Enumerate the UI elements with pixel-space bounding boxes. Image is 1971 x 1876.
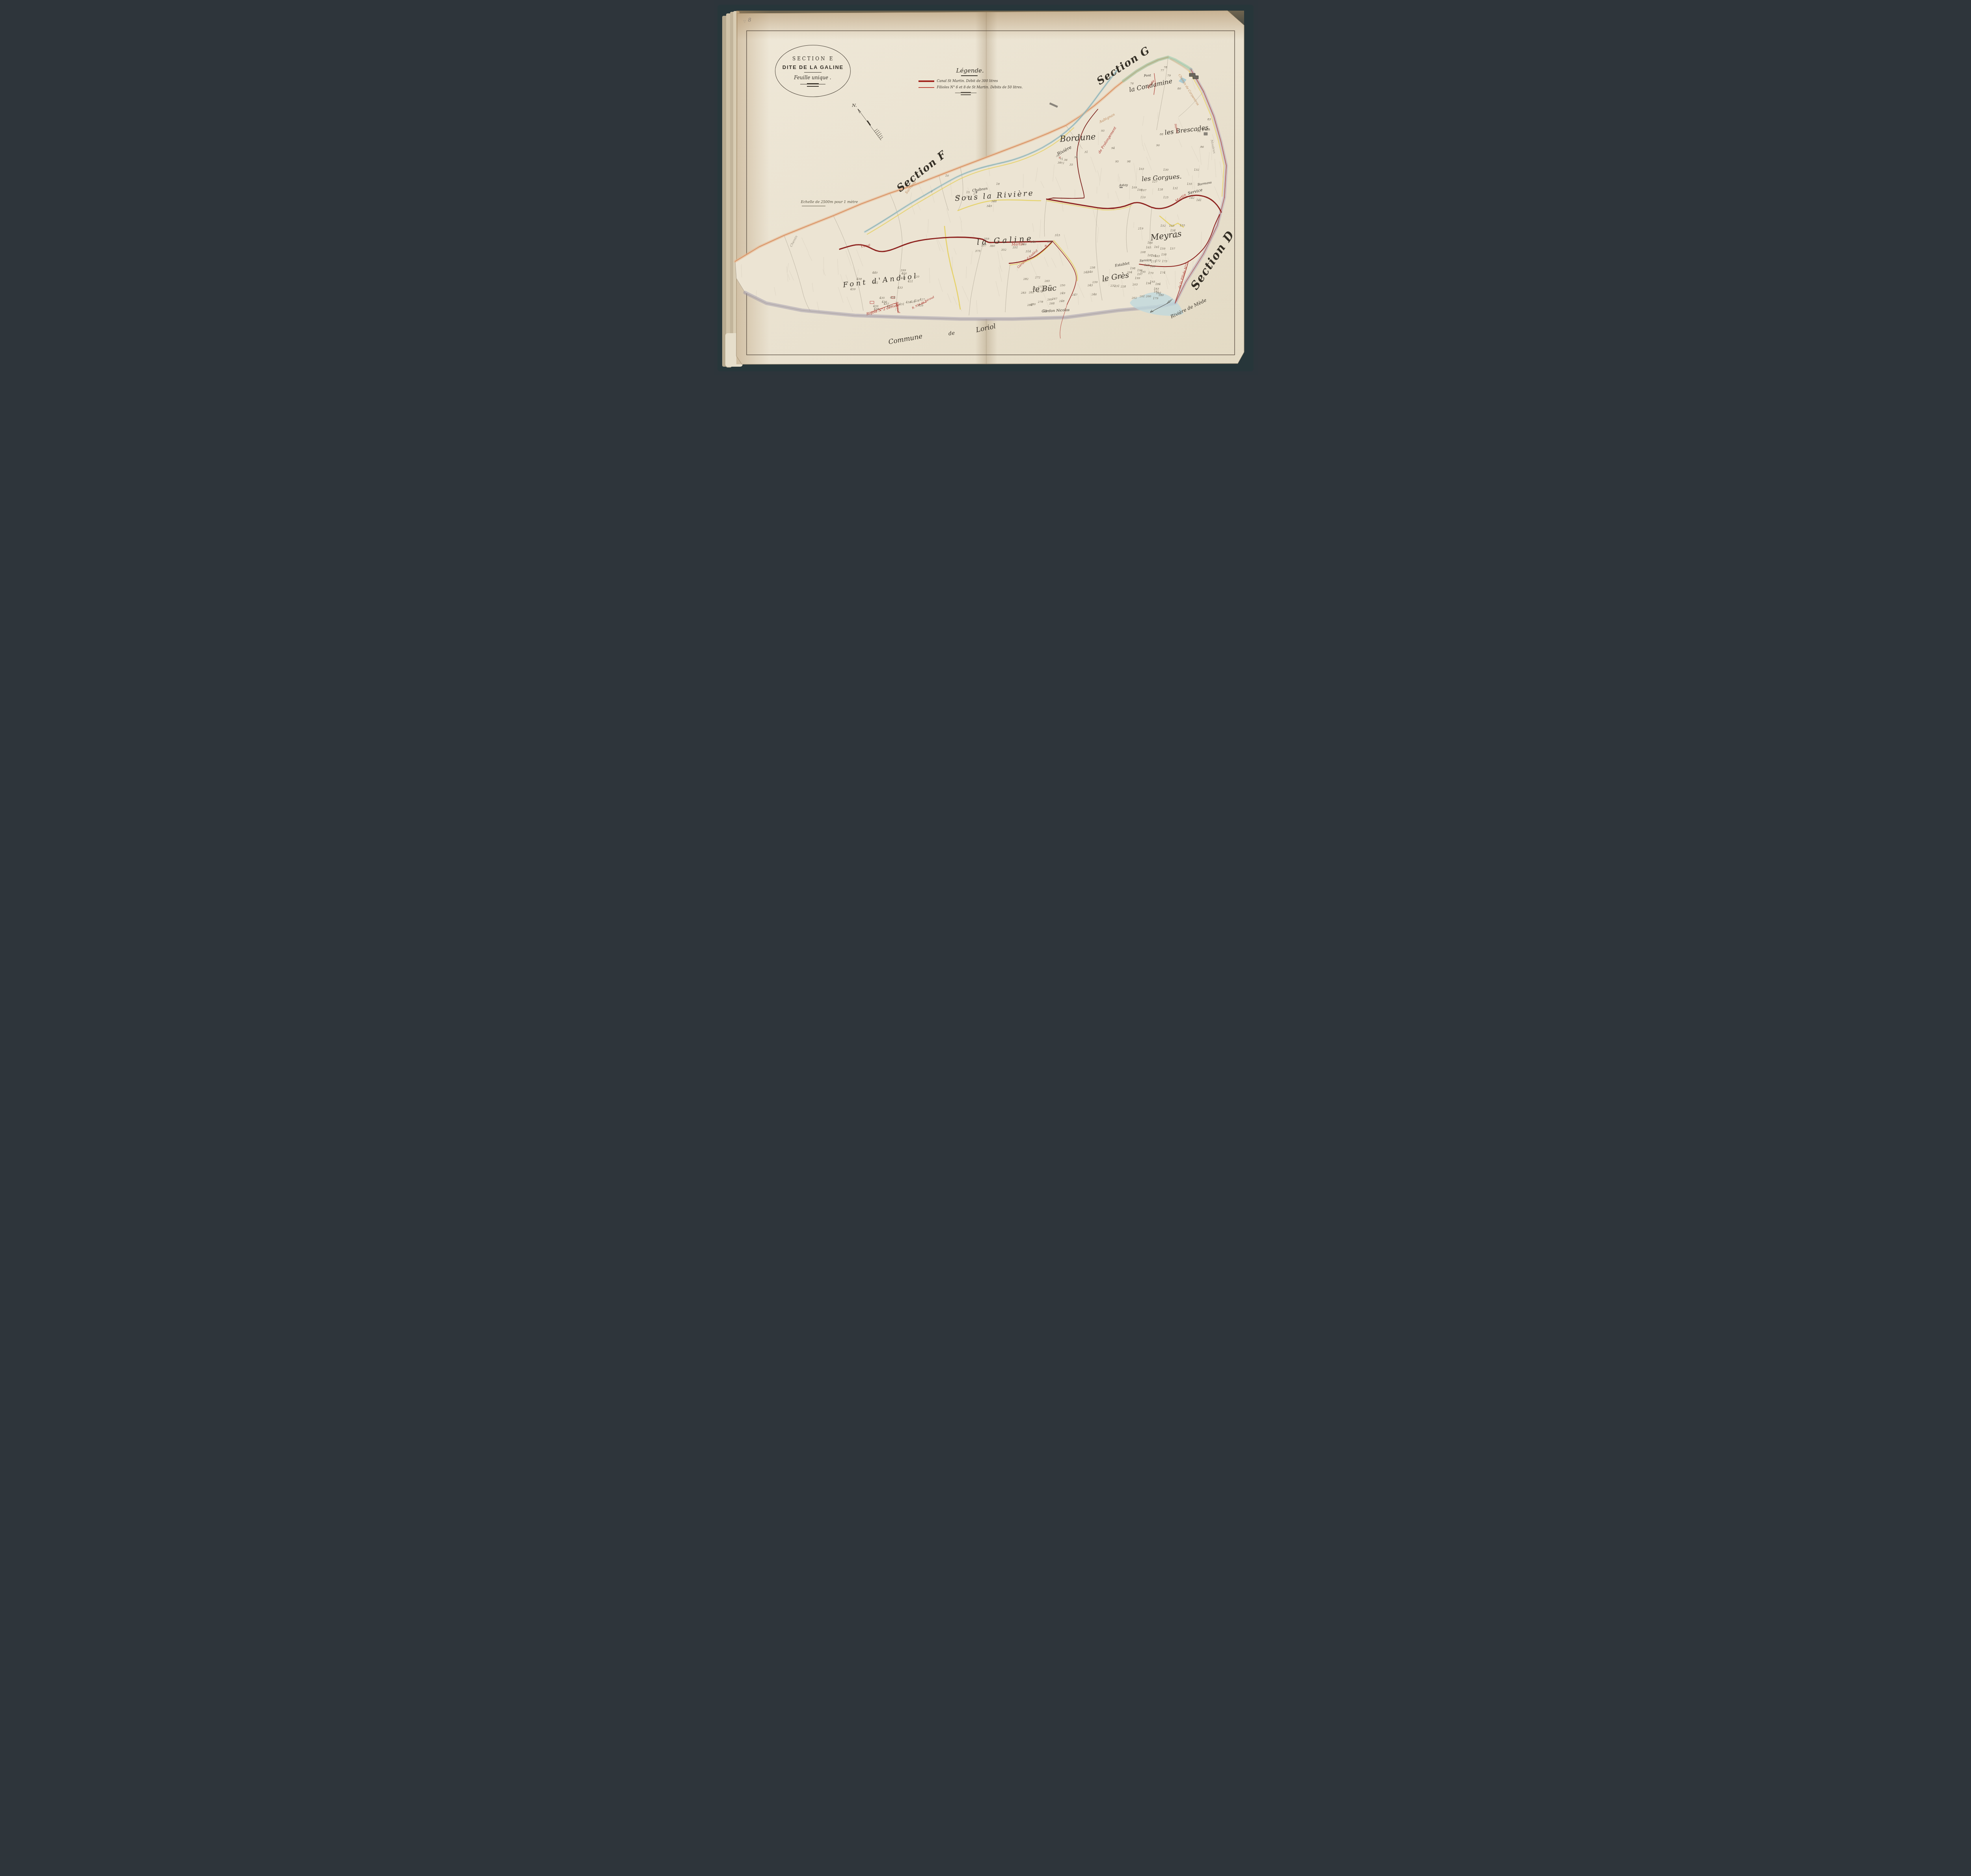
parcel-number: 93	[1101, 130, 1105, 132]
parcel-number: 180	[1159, 294, 1164, 297]
parcel-number: 128	[1158, 188, 1163, 191]
parcel-number: 110	[1140, 196, 1146, 199]
sheet-note: Feuille unique .	[794, 75, 831, 80]
parcel-number: 18	[996, 183, 1000, 186]
parcel-number: 16	[966, 196, 970, 199]
parcel-number: 432	[887, 305, 892, 308]
parcel-number: 458	[857, 278, 862, 281]
place-label: de	[948, 330, 955, 337]
parcel-number: 37	[1056, 155, 1060, 158]
parcel-number: 441	[873, 282, 878, 285]
legend-title: Légende.	[956, 67, 1025, 74]
parcel-number: 351	[1013, 246, 1018, 249]
place-label: Section D	[1189, 229, 1236, 291]
parcel-number: 130	[1163, 169, 1168, 172]
place-label: Service	[1139, 259, 1151, 263]
place-label: 8	[1045, 244, 1047, 248]
legend-row-canal: Canal St Martin. Débit de 300 litres	[918, 79, 1025, 83]
place-label: les Gorgues.	[1141, 173, 1181, 182]
parcel-number: 268	[1049, 302, 1054, 305]
parcel-number: 35	[1069, 164, 1073, 166]
parcel-number: 78	[1164, 66, 1167, 69]
place-label: Rigole N°2 dérivée	[866, 304, 900, 317]
parcel-number: 179	[1153, 297, 1158, 300]
parcel-number: 359	[984, 238, 989, 241]
parcel-number: 219	[1138, 228, 1143, 230]
parcel-number: 459	[850, 288, 855, 291]
parcel-number: 15	[966, 191, 970, 194]
cartouche-underline	[804, 72, 822, 73]
place-label: N.	[852, 103, 857, 108]
parcel-number: 250	[1060, 284, 1065, 287]
parcel-number: 272	[1035, 276, 1040, 279]
parcel-number: 345	[1031, 241, 1036, 244]
place-label: Martin	[1175, 193, 1187, 203]
parcel-number: 76	[1130, 82, 1134, 85]
parcel-number: 125	[1163, 196, 1168, 199]
parcel-number: 315	[1055, 234, 1060, 237]
parcel-number: 90	[1156, 144, 1160, 147]
parcel-number: 357	[981, 244, 986, 247]
place-label: Bormans	[1197, 181, 1212, 186]
parcel-number: 94	[1111, 147, 1115, 150]
place-label: Bordune	[1059, 132, 1095, 143]
parcel-number: 231	[1114, 285, 1120, 288]
parcel-number: 420	[914, 276, 919, 278]
parcel-number: 135	[1187, 183, 1192, 186]
parcel-number: 201	[1140, 295, 1145, 298]
parcel-number: 161	[1154, 246, 1159, 249]
parcel-number: 163	[1155, 255, 1160, 258]
parcel-number: 349	[987, 205, 992, 208]
parcel-number: 159	[1160, 248, 1165, 250]
parcel-number: 108	[1137, 189, 1142, 192]
parcel-number: 247	[1072, 294, 1077, 297]
parcel-number: 249	[1060, 292, 1065, 295]
parcel-number: 184	[1155, 283, 1161, 286]
parcel-number: 400	[902, 272, 907, 275]
parcel-number: 203	[1133, 283, 1138, 286]
parcel-number: 174	[1160, 272, 1165, 274]
legend-rule	[955, 92, 976, 95]
parcel-number: 440	[872, 272, 877, 274]
parcel-number: 170	[1148, 272, 1153, 275]
place-label: de la Filiole N°7	[1178, 263, 1189, 289]
place-label: Service	[1187, 188, 1203, 196]
place-label: Mouteux	[1210, 140, 1216, 154]
parcel-number: 438	[874, 308, 879, 311]
place-label: Canal	[861, 244, 870, 248]
parcel-number: 239	[1092, 281, 1097, 284]
parcel-number: 265	[1045, 280, 1050, 283]
parcel-number: 152	[1161, 225, 1166, 228]
parcel-number: 435	[879, 297, 885, 300]
parcel-number: 141	[1196, 199, 1202, 202]
legend-underline	[961, 75, 978, 76]
parcel-number: 267	[1052, 298, 1057, 300]
parcel-number: 428	[914, 300, 919, 302]
parcel-number: 399	[901, 269, 906, 272]
parcel-number: 314	[1026, 250, 1031, 253]
parcel-number: 14	[957, 195, 960, 198]
place-label: Section G	[1095, 45, 1152, 87]
parcel-number: 248	[1059, 300, 1064, 303]
cartouche-rule	[800, 83, 825, 86]
section-title: SECTION E	[792, 56, 834, 62]
legend-label-filioles: Filioles N° 6 et 8 de St Martin. Débits …	[937, 86, 1023, 90]
parcel-number: 77	[1161, 69, 1164, 72]
parcel-number: 155	[1180, 224, 1185, 227]
parcel-number: 358	[1047, 241, 1053, 244]
parcel-number: 165	[1146, 246, 1151, 249]
parcel-number: 433	[898, 287, 903, 289]
parcel-number: 88	[1160, 133, 1163, 136]
parcel-number: 157	[1170, 248, 1175, 250]
parcel-number: 375	[975, 250, 980, 253]
legend: Légende. Canal St Martin. Débit de 300 l…	[918, 67, 1025, 95]
parcel-number: 142	[1189, 197, 1194, 200]
parcel-number: 109	[1132, 186, 1137, 189]
place-label: Pian	[1202, 128, 1210, 132]
parcel-number: 431	[899, 303, 904, 306]
cadastral-atlas-photo: Section GSection FSection Dla Condaminel…	[714, 0, 1258, 375]
scale-note-text: Echelle de 2500m pour 1 mètre	[801, 200, 858, 204]
parcel-number: 169	[1150, 265, 1155, 268]
parcel-number: 284	[1027, 304, 1032, 307]
parcel-number: 17	[973, 193, 977, 196]
parcel-number: 95	[1115, 160, 1119, 163]
section-subtitle: DITE DE LA GALINE	[782, 64, 844, 70]
parcel-number: 202	[1132, 297, 1137, 300]
parcel-number: 266	[1047, 287, 1053, 290]
parcel-number: 246	[1092, 293, 1097, 296]
parcel-number: 198	[1130, 267, 1135, 270]
parcel-number: 427	[920, 298, 925, 301]
scale-underline	[802, 206, 825, 206]
parcel-number: 168	[1144, 264, 1149, 267]
parcel-number: 103	[1139, 168, 1144, 171]
parcel-number: 277	[1032, 287, 1038, 290]
place-label: Gardon Nicolas	[1041, 309, 1069, 314]
parcel-number: 71	[1060, 158, 1063, 161]
parcel-number: 72	[1061, 162, 1064, 165]
parcel-number: 237	[1103, 280, 1108, 283]
parcel-number: 360	[990, 245, 995, 248]
parcel-number: 352	[1001, 249, 1006, 252]
parcel-number: 84	[1197, 130, 1201, 133]
place-label: Pont	[1144, 74, 1151, 78]
place-label: Chemin	[790, 235, 798, 247]
parcel-number: 172	[1155, 260, 1161, 263]
parcel-number: 348	[991, 200, 997, 203]
parcel-number: 276	[1038, 291, 1043, 293]
parcel-number: 34	[1074, 156, 1078, 159]
title-cartouche: SECTION E DITE DE LA GALINE Feuille uniq…	[775, 45, 851, 97]
pencil-mark: ▽	[743, 20, 746, 24]
parcel-number: 154	[1170, 229, 1176, 232]
parcel-number: 401	[901, 277, 906, 280]
parcel-number: 31	[1084, 151, 1088, 154]
parcel-number: 282	[1023, 278, 1028, 281]
parcel-number: 156	[1173, 236, 1178, 239]
parcel-number: 238	[1090, 267, 1095, 269]
parcel-number: 434	[890, 297, 895, 299]
parcel-number: 283	[1021, 292, 1026, 295]
parcel-number: 228	[1121, 285, 1126, 288]
place-label: les Brescades	[1164, 124, 1209, 136]
legend-row-filioles: Filioles N° 6 et 8 de St Martin. Débits …	[918, 86, 1025, 90]
parcel-number: 204	[1127, 271, 1132, 274]
parcel-number: 98	[1127, 160, 1131, 163]
parcel-number: 173	[1162, 260, 1167, 263]
parcel-number: 86	[1200, 146, 1204, 149]
parcel-number: 158	[1161, 254, 1166, 256]
parcel-number: 193	[1150, 281, 1155, 283]
parcel-number: 346	[1021, 243, 1026, 246]
parcel-number: 421	[908, 280, 913, 283]
parcel-number: 281	[1029, 291, 1034, 294]
page-number: 8	[748, 17, 751, 23]
parcel-number: 197	[1137, 273, 1142, 276]
parcel-number: 83	[1207, 118, 1211, 121]
parcel-number: 80	[1177, 88, 1181, 90]
parcel-number: 200	[1146, 295, 1151, 298]
parcel-number: 36	[1064, 159, 1067, 162]
thin-red-line-swatch	[918, 87, 934, 88]
scale-note: Echelle de 2500m pour 1 mètre	[801, 200, 858, 206]
place-label: Astay	[1119, 183, 1128, 187]
place-label: Commune	[888, 333, 923, 346]
parcel-number: 132	[1194, 169, 1199, 172]
place-label: Rivière de Mède	[1170, 298, 1207, 319]
parcel-number: 10	[945, 175, 949, 177]
parcel-number: 208	[1140, 251, 1146, 254]
place-label: Section F	[895, 149, 948, 194]
parcel-number: 153	[1169, 225, 1174, 228]
parcel-number: 240	[1088, 271, 1093, 274]
place-label: Aubignan	[1099, 113, 1116, 124]
parcel-number: 426	[918, 304, 923, 307]
parcel-number: 38	[1058, 162, 1061, 164]
parcel-number: 278	[1038, 301, 1043, 304]
parcel-number: 166	[1148, 242, 1153, 244]
thick-red-line-swatch	[918, 80, 934, 82]
parcel-number: 131	[1173, 187, 1178, 190]
place-label: Loriol	[975, 323, 996, 334]
place-label: Font d'Andiol	[842, 272, 918, 289]
parcel-number: 79	[1167, 75, 1171, 77]
parcel-number: 199	[1135, 277, 1140, 280]
parcel-number: 7	[931, 191, 932, 194]
place-label: Establet	[1114, 262, 1130, 268]
parcel-number: 229	[1116, 276, 1121, 279]
parcel-number: 243	[1088, 284, 1093, 287]
parcel-number: 127	[1152, 181, 1157, 183]
legend-label-canal: Canal St Martin. Débit de 300 litres	[937, 79, 998, 83]
